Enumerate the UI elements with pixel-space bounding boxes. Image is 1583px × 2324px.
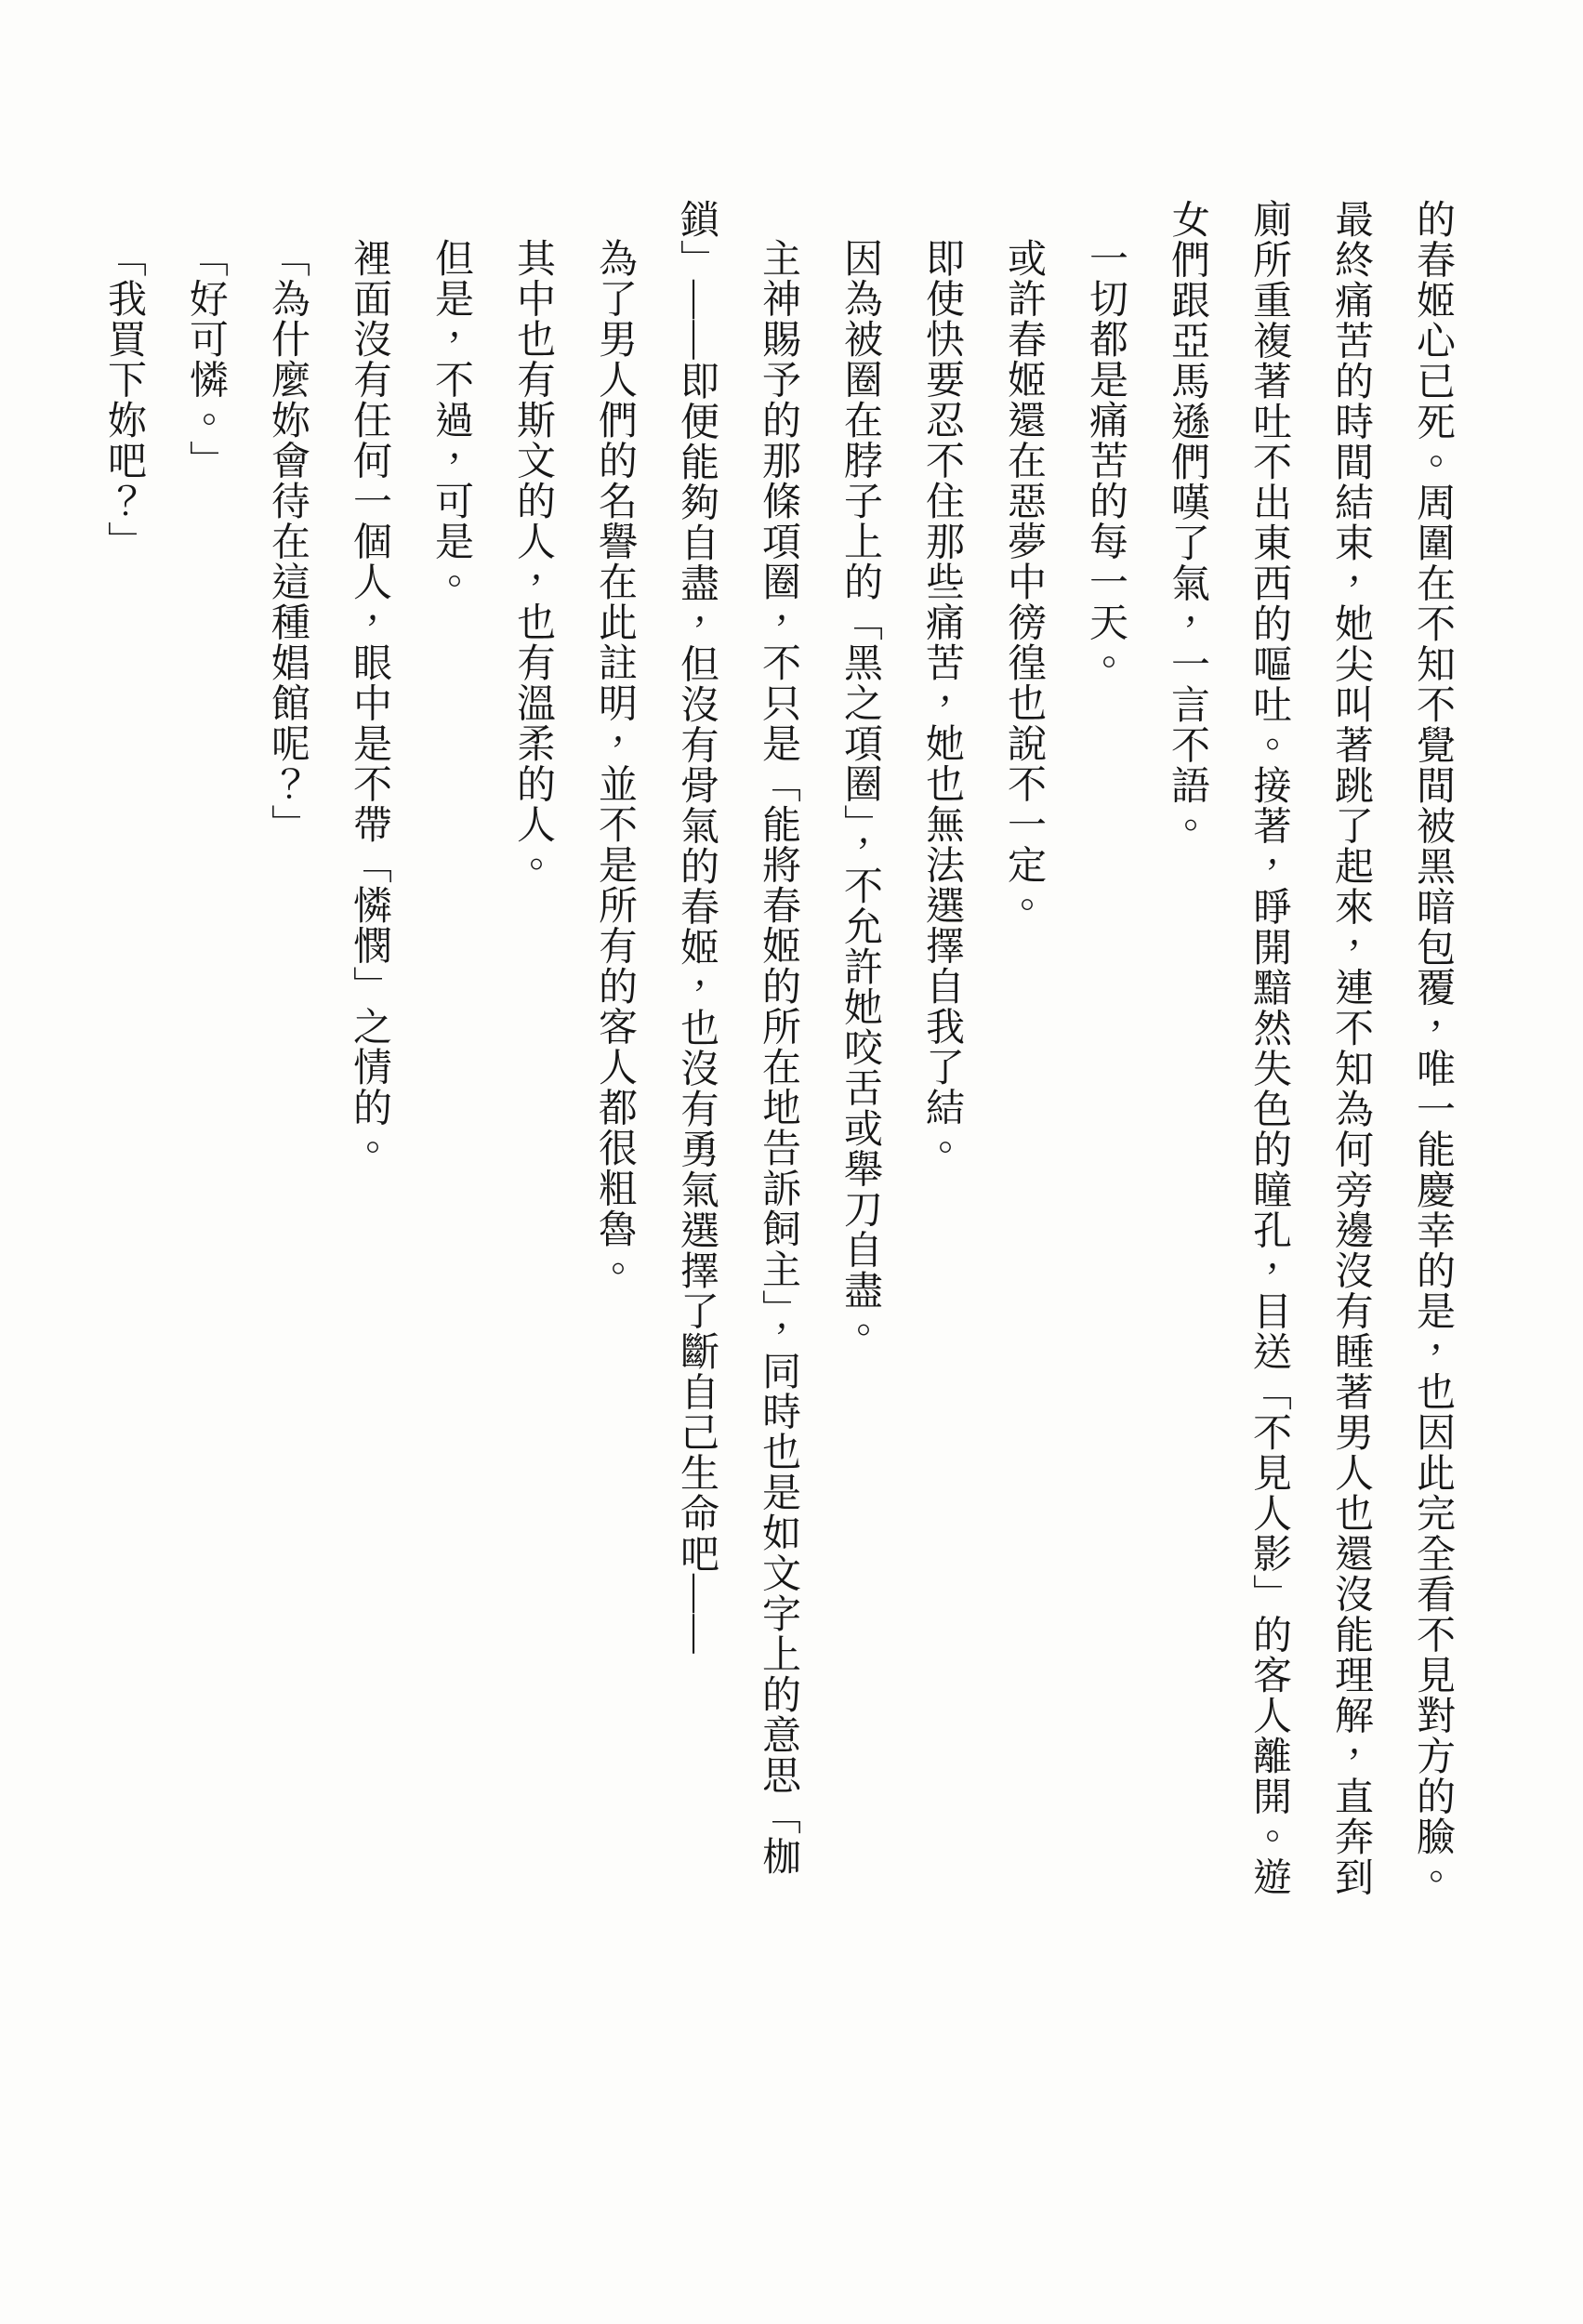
- paragraph: 一切都是痛苦的每一天。: [1064, 199, 1146, 1910]
- paragraph: 裡面沒有任何一個人，眼中是不帶「憐憫」之情的。: [328, 199, 410, 1910]
- paragraph: 即使快要忍不住那些痛苦，她也無法選擇自我了結。: [901, 199, 983, 1910]
- paragraph: 但是，不過，可是。: [410, 199, 492, 1910]
- paragraph: 其中也有斯文的人，也有溫柔的人。: [492, 199, 574, 1910]
- paragraph: 主神賜予的那條項圈，不只是「能將春姬的所在地告訴飼主」，同時也是如文字上的意思「…: [655, 199, 819, 1910]
- paragraph: 的春姬心已死。周圍在不知不覺間被黑暗包覆，唯一能慶幸的是，也因此完全看不見對方的…: [1146, 199, 1473, 1910]
- page-text-block: 的春姬心已死。周圍在不知不覺間被黑暗包覆，唯一能慶幸的是，也因此完全看不見對方的…: [83, 199, 1473, 1910]
- dialogue-line: 「為什麼妳會待在這種娼館呢？」: [246, 199, 328, 1910]
- paragraph: 因為被圈在脖子上的「黑之項圈」，不允許她咬舌或舉刀自盡。: [819, 199, 901, 1910]
- paragraph: 或許春姬還在惡夢中徬徨也說不一定。: [983, 199, 1064, 1910]
- book-page: 的春姬心已死。周圍在不知不覺間被黑暗包覆，唯一能慶幸的是，也因此完全看不見對方的…: [0, 0, 1583, 2324]
- dialogue-line: 「好可憐。」: [165, 199, 246, 1910]
- paragraph: 為了男人們的名譽在此註明，並不是所有的客人都很粗魯。: [574, 199, 655, 1910]
- dialogue-line: 「我買下妳吧？」: [83, 199, 165, 1910]
